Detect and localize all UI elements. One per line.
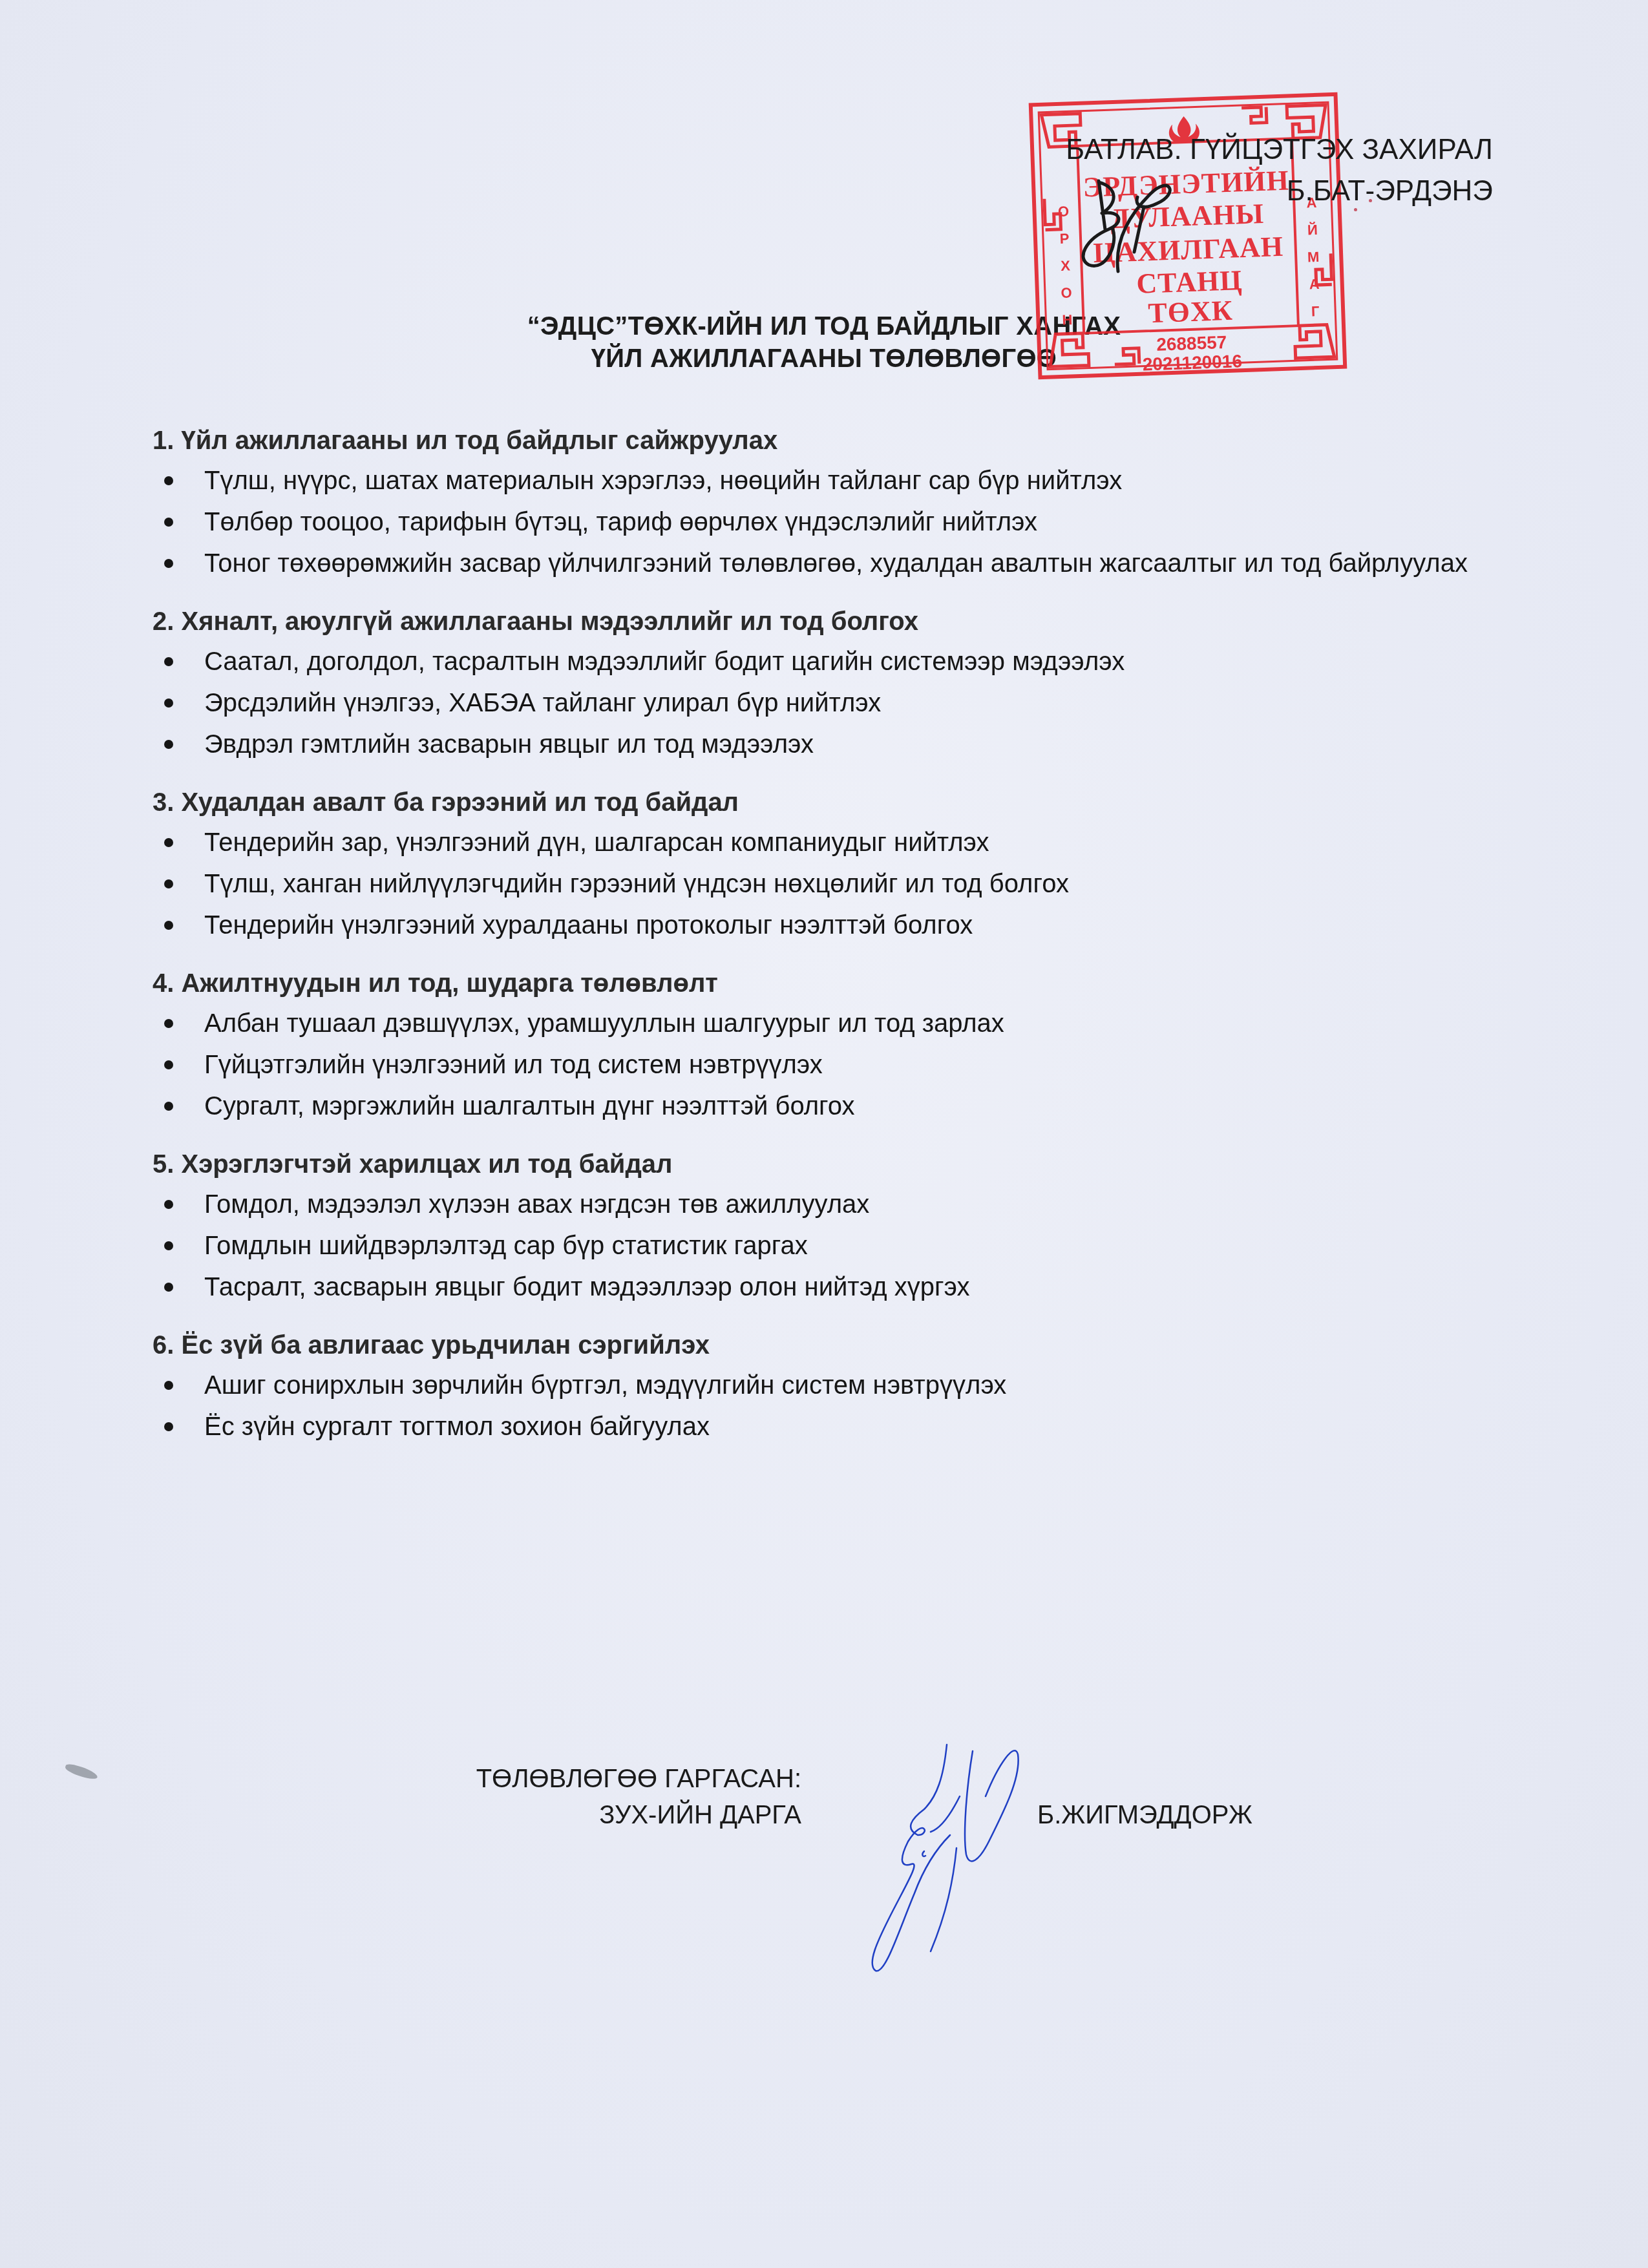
approval-title: БАТЛАВ. ГҮЙЦЭТГЭХ ЗАХИРАЛ	[1066, 129, 1493, 171]
title-line-1: “ЭДЦС”ТӨХК-ИЙН ИЛ ТОД БАЙДЛЫГ ХАНГАХ	[0, 310, 1648, 342]
bullet-item: Тендерийн зар, үнэлгээний дүн, шалгарсан…	[153, 822, 1510, 863]
section-heading: 2. Хяналт, аюулгүй ажиллагааны мэдээллий…	[153, 602, 1510, 641]
section-heading: 4. Ажилтнуудын ил тод, шударга төлөвлөлт	[153, 964, 1510, 1003]
plan-section: 2. Хяналт, аюулгүй ажиллагааны мэдээллий…	[153, 602, 1510, 765]
bullet-item: Гомдлын шийдвэрлэлтэд сар бүр статистик …	[153, 1225, 1510, 1266]
section-heading: 1. Үйл ажиллагааны ил тод байдлыг сайжру…	[153, 421, 1510, 460]
scan-smudge	[64, 1762, 99, 1781]
document-title: “ЭДЦС”ТӨХК-ИЙН ИЛ ТОД БАЙДЛЫГ ХАНГАХ ҮЙЛ…	[0, 310, 1648, 375]
bullet-item: Тендерийн үнэлгээний хуралдааны протокол…	[153, 905, 1510, 946]
bullet-list: Ашиг сонирхлын зөрчлийн бүртгэл, мэдүүлг…	[153, 1365, 1510, 1447]
bullet-item: Тасралт, засварын явцыг бодит мэдээллээр…	[153, 1266, 1510, 1308]
preparer-signature-icon	[827, 1738, 1047, 1984]
bullet-list: Түлш, нүүрс, шатах материалын хэрэглээ, …	[153, 460, 1510, 584]
bullet-item: Гүйцэтгэлийн үнэлгээний ил тод систем нэ…	[153, 1044, 1510, 1086]
plan-section: 6. Ёс зүй ба авлигаас урьдчилан сэргийлэ…	[153, 1326, 1510, 1447]
plan-section: 4. Ажилтнуудын ил тод, шударга төлөвлөлт…	[153, 964, 1510, 1127]
plan-section: 3. Худалдан авалт ба гэрээний ил тод бай…	[153, 783, 1510, 946]
bullet-item: Албан тушаал дэвшүүлэх, урамшууллын шалг…	[153, 1003, 1510, 1044]
section-heading: 5. Хэрэглэгчтэй харилцах ил тод байдал	[153, 1145, 1510, 1184]
bullet-item: Саатал, доголдол, тасралтын мэдээллийг б…	[153, 641, 1510, 682]
prepared-by-label: ТӨЛӨВЛӨГӨӨ ГАРГАСАН:	[476, 1761, 801, 1797]
bullet-item: Түлш, ханган нийлүүлэгчдийн гэрээний үнд…	[153, 863, 1510, 905]
preparer-position: ЗУХ-ИЙН ДАРГА	[476, 1797, 801, 1833]
plan-section: 1. Үйл ажиллагааны ил тод байдлыг сайжру…	[153, 421, 1510, 584]
director-signature-icon	[1073, 168, 1189, 291]
bullet-item: Төлбөр тооцоо, тарифын бүтэц, тариф өөрч…	[153, 501, 1510, 543]
preparer-name: Б.ЖИГМЭДДОРЖ	[1037, 1797, 1252, 1833]
bullet-item: Эвдрэл гэмтлийн засварын явцыг ил тод мэ…	[153, 724, 1510, 765]
bullet-item: Гомдол, мэдээлэл хүлээн авах нэгдсэн төв…	[153, 1184, 1510, 1225]
plan-sections: 1. Үйл ажиллагааны ил тод байдлыг сайжру…	[153, 421, 1510, 1465]
document-page: ЭРДЭНЭТИЙН ДУЛААНЫ ЦАХИЛГААН СТАНЦ ТӨХК …	[0, 0, 1648, 2268]
bullet-item: Эрсдэлийн үнэлгээ, ХАБЭА тайланг улирал …	[153, 682, 1510, 724]
bullet-list: Албан тушаал дэвшүүлэх, урамшууллын шалг…	[153, 1003, 1510, 1127]
prepared-by-block: ТӨЛӨВЛӨГӨӨ ГАРГАСАН: ЗУХ-ИЙН ДАРГА	[476, 1761, 801, 1833]
title-line-2: ҮЙЛ АЖИЛЛАГААНЫ ТӨЛӨВЛӨГӨӨ	[0, 342, 1648, 375]
bullet-item: Ашиг сонирхлын зөрчлийн бүртгэл, мэдүүлг…	[153, 1365, 1510, 1406]
bullet-item: Тоног төхөөрөмжийн засвар үйлчилгээний т…	[153, 543, 1510, 584]
section-heading: 6. Ёс зүй ба авлигаас урьдчилан сэргийлэ…	[153, 1326, 1510, 1365]
bullet-list: Тендерийн зар, үнэлгээний дүн, шалгарсан…	[153, 822, 1510, 946]
bullet-list: Саатал, доголдол, тасралтын мэдээллийг б…	[153, 641, 1510, 765]
bullet-item: Ёс зүйн сургалт тогтмол зохион байгуулах	[153, 1406, 1510, 1447]
section-heading: 3. Худалдан авалт ба гэрээний ил тод бай…	[153, 783, 1510, 822]
bullet-item: Сургалт, мэргэжлийн шалгалтын дүнг нээлт…	[153, 1086, 1510, 1127]
bullet-item: Түлш, нүүрс, шатах материалын хэрэглээ, …	[153, 460, 1510, 501]
plan-section: 5. Хэрэглэгчтэй харилцах ил тод байдалГо…	[153, 1145, 1510, 1308]
bullet-list: Гомдол, мэдээлэл хүлээн авах нэгдсэн төв…	[153, 1184, 1510, 1308]
